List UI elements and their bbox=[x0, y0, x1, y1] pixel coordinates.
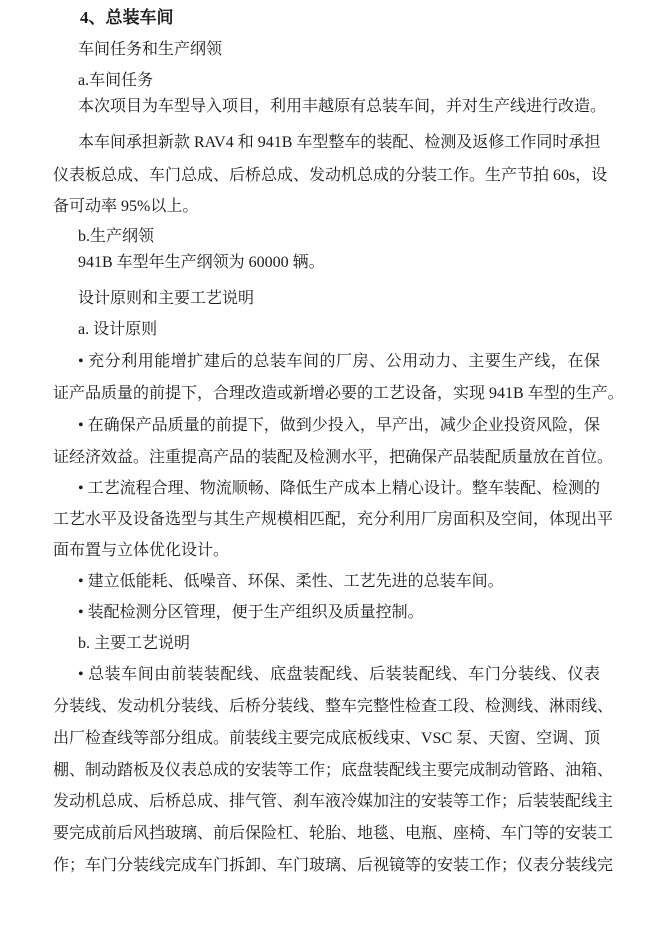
paragraph-line: 备可动率 95%以上。 bbox=[53, 197, 198, 217]
bullet-line: 工艺水平及设备选型与其生产规模相匹配，充分利用厂房面积及空间，体现出平 bbox=[53, 510, 600, 530]
section-heading: 4、总装车间 bbox=[80, 8, 174, 28]
bullet-line: • 建立低能耗、低噪音、环保、柔性、工艺先进的总装车间。 bbox=[78, 572, 504, 592]
paragraph-line: 本车间承担新款 RAV4 和 941B 车型整车的装配、检测及返修工作同时承担 bbox=[78, 133, 600, 153]
bullet-line: • 工艺流程合理、物流顺畅、降低生产成本上精心设计。整车装配、检测的 bbox=[78, 479, 600, 499]
paragraph-line: 分装线、发动机分装线、后桥分装线、整车完整性检查工段、检测线、淋雨线、 bbox=[53, 697, 600, 717]
paragraph-line: • 总装车间由前装装配线、底盘装配线、后装装配线、车门分装线、仪表 bbox=[78, 665, 600, 685]
paragraph-line: 本次项目为车型导入项目，利用丰越原有总装车间，并对生产线进行改造。 bbox=[78, 97, 606, 117]
paragraph-line: 作；车门分装线完成车门拆卸、车门玻璃、后视镜等的安装工作；仪表分装线完 bbox=[53, 856, 600, 876]
paragraph-line: 棚、制动踏板及仪表总成的安装等工作；底盘装配线主要完成制动管路、油箱、 bbox=[53, 761, 600, 781]
paragraph-line: 941B 车型年生产纲领为 60000 辆。 bbox=[78, 253, 325, 273]
bullet-line: 面布置与立体优化设计。 bbox=[53, 541, 229, 561]
subsection-title: 车间任务和生产纲领 bbox=[78, 40, 222, 60]
sub-heading-a: a. 设计原则 bbox=[78, 320, 157, 340]
sub-heading-b: b.生产纲领 bbox=[78, 227, 154, 247]
paragraph-line: 要完成前后风挡玻璃、前后保险杠、轮胎、地毯、电瓶、座椅、车门等的安装工 bbox=[53, 824, 600, 844]
document-page: 4、总装车间 车间任务和生产纲领 a.车间任务 本次项目为车型导入项目，利用丰越… bbox=[0, 0, 657, 930]
paragraph-line: 仪表板总成、车门总成、后桥总成、发动机总成的分装工作。生产节拍 60s，设 bbox=[53, 166, 600, 186]
sub-heading-b: b. 主要工艺说明 bbox=[78, 634, 190, 654]
bullet-line: 证经济效益。注重提高产品的装配及检测水平，把确保产品装配质量放在首位。 bbox=[53, 448, 600, 468]
bullet-line: • 充分利用能增扩建后的总装车间的厂房、公用动力、主要生产线，在保 bbox=[78, 352, 600, 372]
bullet-line: 证产品质量的前提下，合理改造或新增必要的工艺设备，实现 941B 车型的生产。 bbox=[53, 384, 600, 404]
subsection-title: 设计原则和主要工艺说明 bbox=[78, 289, 254, 309]
sub-heading-a: a.车间任务 bbox=[78, 71, 153, 91]
paragraph-line: 出厂检查线等部分组成。前装线主要完成底板线束、VSC 泵、天窗、空调、顶 bbox=[53, 729, 600, 749]
bullet-line: • 装配检测分区管理，便于生产组织及质量控制。 bbox=[78, 603, 424, 623]
bullet-line: • 在确保产品质量的前提下，做到少投入，早产出，减少企业投资风险，保 bbox=[78, 416, 600, 436]
paragraph-line: 发动机总成、后桥总成、排气管、刹车液冷媒加注的安装等工作；后装装配线主 bbox=[53, 792, 600, 812]
